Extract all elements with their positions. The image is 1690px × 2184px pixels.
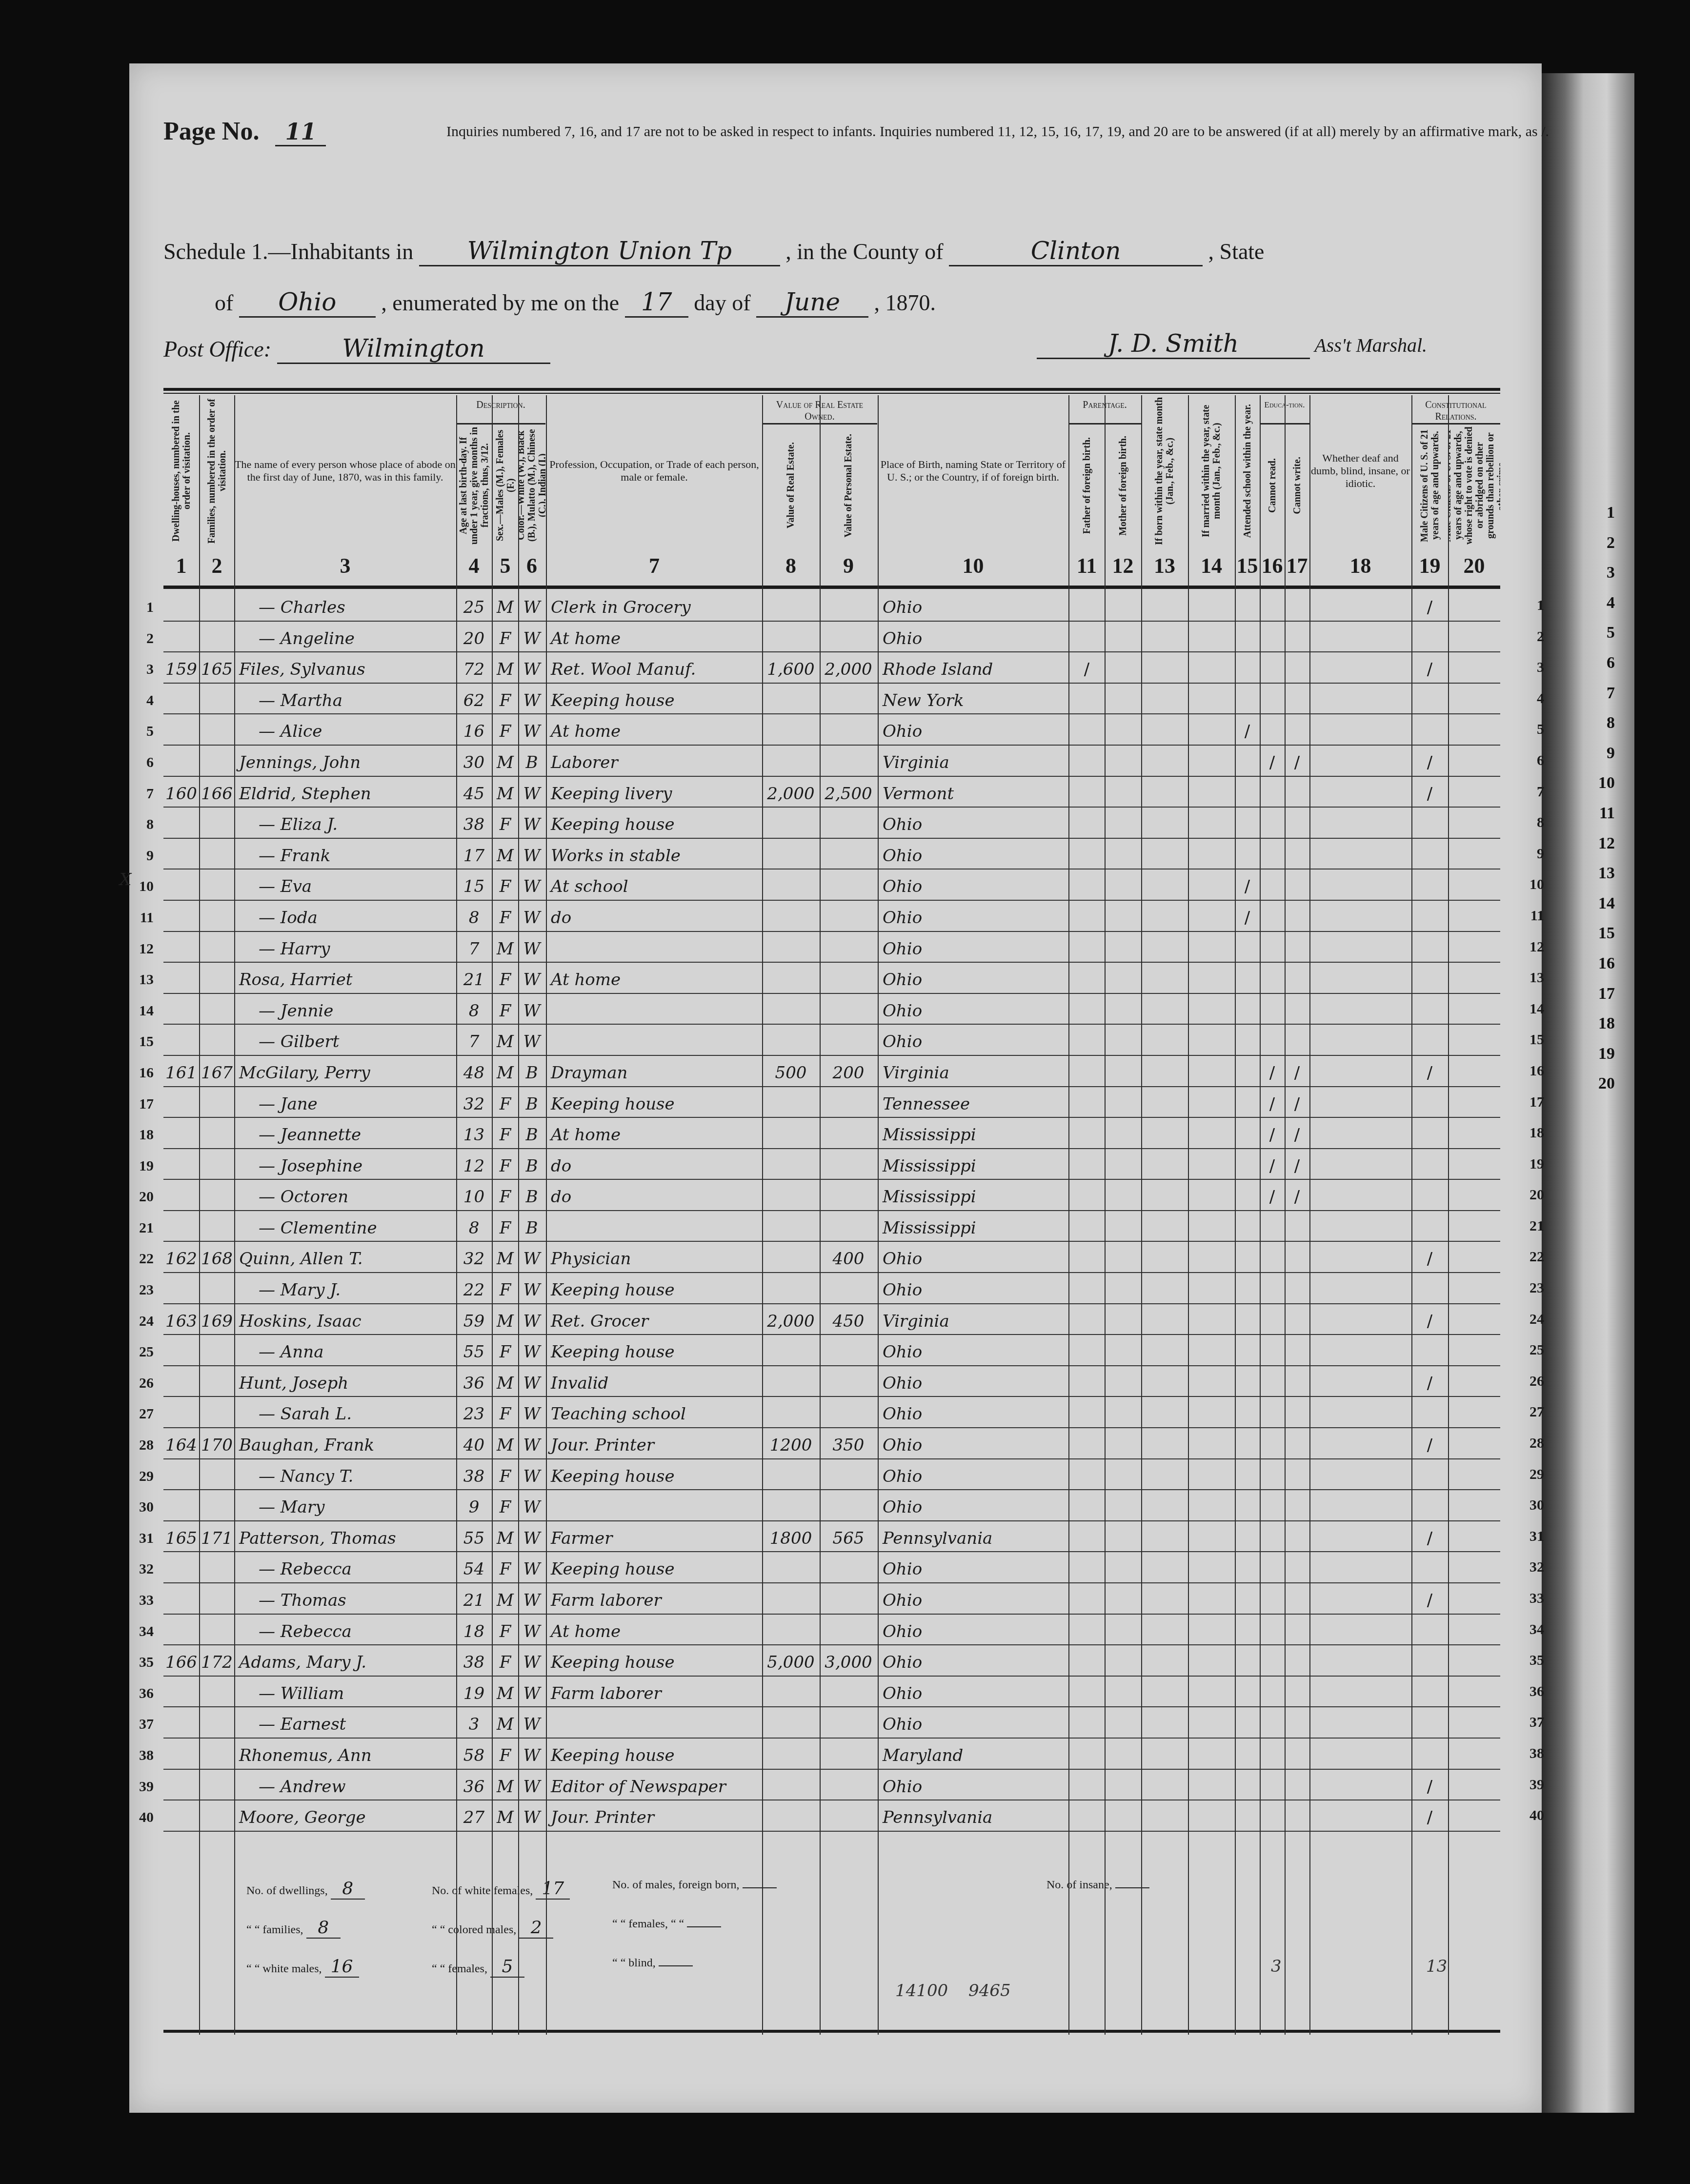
cell-family: 167	[199, 1056, 235, 1086]
cell-real-estate	[762, 1800, 820, 1831]
cell-name: — Rebecca	[239, 1552, 476, 1582]
cell-real-estate: 5,000	[762, 1645, 820, 1676]
cell-sex: F	[492, 1552, 519, 1582]
cell-color: W	[518, 1645, 545, 1676]
cell-personal-estate	[820, 1180, 877, 1210]
table-row: 3838Rhonemus, Ann58FWKeeping houseMaryla…	[163, 1739, 1500, 1770]
line-number-right: 9	[1515, 839, 1544, 869]
cell-family	[199, 1800, 235, 1831]
line-number: 9	[129, 839, 154, 869]
marshal-signature: J. D. Smith Ass't Marshal.	[1037, 329, 1427, 359]
cell-c11	[1068, 1242, 1105, 1272]
line-number-right: 8	[1515, 808, 1544, 838]
cell-c17	[1285, 839, 1309, 869]
cell-color: W	[518, 1397, 545, 1427]
adjacent-line-number: 13	[1556, 858, 1615, 889]
line-number: 1	[129, 590, 154, 621]
cell-sex: F	[492, 994, 519, 1024]
cell-birthplace: Ohio	[883, 1490, 1068, 1520]
cell-color: B	[518, 1056, 545, 1086]
column-header-12: Mother of foreign birth.	[1105, 425, 1141, 546]
cell-real-estate	[762, 994, 820, 1024]
line-number: 18	[129, 1118, 154, 1148]
cell-c15	[1235, 1521, 1260, 1552]
cell-real-estate: 2,000	[762, 1304, 820, 1335]
column-divider	[762, 395, 763, 2035]
post-office-field: Wilmington	[277, 334, 550, 364]
adjacent-line-number: 15	[1556, 918, 1615, 949]
cell-birthplace: Ohio	[883, 1770, 1068, 1800]
line-number: 6	[129, 746, 154, 776]
cell-c17: /	[1285, 746, 1309, 776]
cell-birthplace: Ohio	[883, 932, 1068, 962]
cell-c16	[1260, 1273, 1285, 1303]
line-number: 21	[129, 1211, 154, 1241]
cell-sex: F	[492, 1490, 519, 1520]
cell-dwelling	[163, 746, 199, 776]
cell-c17: /	[1285, 1087, 1309, 1117]
cell-birthplace: Tennessee	[883, 1087, 1068, 1117]
cell-name: — Clementine	[239, 1211, 476, 1241]
cell-dwelling	[163, 1273, 199, 1303]
adjacent-line-number: 19	[1556, 1039, 1615, 1069]
cell-occupation: Keeping house	[551, 1552, 763, 1582]
cell-color: B	[518, 1149, 545, 1179]
cell-real-estate	[762, 1087, 820, 1117]
cell-c19	[1411, 901, 1448, 931]
cell-occupation: Invalid	[551, 1366, 763, 1396]
cell-c17	[1285, 1273, 1309, 1303]
cell-c15	[1235, 1366, 1260, 1396]
cell-sex: F	[492, 1645, 519, 1676]
cell-occupation: Farmer	[551, 1521, 763, 1552]
line-number-right: 15	[1515, 1025, 1544, 1055]
cell-birthplace: Ohio	[883, 1025, 1068, 1055]
total-personal-estate: 9465	[968, 1981, 1011, 2001]
cell-color: W	[518, 808, 545, 838]
adjacent-line-number: 9	[1556, 738, 1615, 768]
cell-c19	[1411, 1211, 1448, 1241]
column-header-13: If born within the year, state month (Ja…	[1141, 395, 1188, 546]
line-number-right: 20	[1515, 1180, 1544, 1210]
cell-c16	[1260, 839, 1285, 869]
table-row: 2828164170Baughan, Frank40MWJour. Printe…	[163, 1428, 1500, 1459]
cell-color: W	[518, 1273, 545, 1303]
cell-c17	[1285, 1677, 1309, 1707]
cell-color: W	[518, 714, 545, 745]
adjacent-line-number: 8	[1556, 708, 1615, 738]
column-header-15: Attended school within the year.	[1235, 395, 1260, 546]
cell-dwelling	[163, 1707, 199, 1738]
cell-color: W	[518, 1025, 545, 1055]
cell-family: 170	[199, 1428, 235, 1458]
cell-c17: /	[1285, 1180, 1309, 1210]
table-row: 4040Moore, George27MWJour. PrinterPennsy…	[163, 1800, 1500, 1832]
line-number-right: 40	[1515, 1800, 1544, 1831]
cell-birthplace: Mississippi	[883, 1180, 1068, 1210]
column-header-1: Dwelling-houses, numbered in the order o…	[163, 395, 199, 546]
table-row: 1010— Eva15FWAt schoolOhio/	[163, 870, 1500, 901]
county-field: Clinton	[949, 237, 1203, 266]
cell-dwelling	[163, 1583, 199, 1614]
cell-personal-estate	[820, 1615, 877, 1645]
cell-name: — Alice	[239, 714, 476, 745]
cell-name: — Martha	[239, 684, 476, 714]
cell-name: Adams, Mary J.	[239, 1645, 456, 1676]
cell-real-estate	[762, 1118, 820, 1148]
line-number-right: 24	[1515, 1304, 1544, 1335]
cell-family	[199, 746, 235, 776]
cell-c19	[1411, 622, 1448, 652]
cell-family: 166	[199, 777, 235, 807]
cell-c15	[1235, 1335, 1260, 1365]
cell-family	[199, 1397, 235, 1427]
cell-occupation	[551, 932, 763, 962]
cell-family	[199, 1459, 235, 1490]
cell-color: W	[518, 1677, 545, 1707]
cell-name: — Andrew	[239, 1770, 476, 1800]
cell-birthplace: Ohio	[883, 963, 1068, 993]
cell-color: W	[518, 684, 545, 714]
cell-family	[199, 1707, 235, 1738]
cell-name: — Angeline	[239, 622, 476, 652]
cell-dwelling	[163, 1397, 199, 1427]
cell-c19	[1411, 1118, 1448, 1148]
line-number-right: 17	[1515, 1087, 1544, 1117]
column-header-9: Value of Personal Estate.	[820, 425, 877, 546]
cell-dwelling	[163, 932, 199, 962]
cell-c15	[1235, 1459, 1260, 1490]
cell-personal-estate	[820, 901, 877, 931]
cell-personal-estate	[820, 994, 877, 1024]
column-header-16: Cannot read.	[1260, 425, 1285, 546]
cell-c19	[1411, 1552, 1448, 1582]
cell-real-estate	[762, 1677, 820, 1707]
group-description: Description.	[456, 395, 545, 425]
cell-c19	[1411, 1707, 1448, 1738]
cell-name: — Sarah L.	[239, 1397, 476, 1427]
cell-c19	[1411, 1335, 1448, 1365]
cell-c15	[1235, 1211, 1260, 1241]
cell-real-estate	[762, 1211, 820, 1241]
cell-dwelling: 161	[163, 1056, 199, 1086]
table-row: 3131165171Patterson, Thomas55MWFarmer180…	[163, 1521, 1500, 1553]
line-number: 7	[129, 777, 154, 807]
cell-c16	[1260, 1552, 1285, 1582]
cell-c11	[1068, 1552, 1105, 1582]
column-divider	[1235, 395, 1236, 2035]
cell-birthplace: Vermont	[883, 777, 1068, 807]
cell-sex: F	[492, 622, 519, 652]
cell-occupation: At school	[551, 870, 763, 900]
foreign-females-count: “ “ females, “ “	[612, 1918, 721, 1931]
line-number: 30	[129, 1490, 154, 1520]
cell-c16	[1260, 622, 1285, 652]
cell-real-estate	[762, 1583, 820, 1614]
cell-c15	[1235, 1087, 1260, 1117]
cell-family	[199, 1677, 235, 1707]
inquiries-note: Inquiries numbered 7, 16, and 17 are not…	[412, 122, 1583, 142]
cell-c16: /	[1260, 1056, 1285, 1086]
cell-occupation	[551, 1707, 763, 1738]
line-number: 20	[129, 1180, 154, 1210]
cell-real-estate: 2,000	[762, 777, 820, 807]
cell-c17	[1285, 1490, 1309, 1520]
cell-c16	[1260, 777, 1285, 807]
cell-c15: /	[1235, 714, 1260, 745]
cell-name: — Eliza J.	[239, 808, 476, 838]
column-header-4: Age at last birth-day. If under 1 year, …	[456, 425, 492, 546]
cell-personal-estate	[820, 808, 877, 838]
cell-dwelling	[163, 1739, 199, 1769]
cell-real-estate	[762, 870, 820, 900]
column-number-6: 6	[518, 546, 545, 586]
column-number-8: 8	[762, 546, 820, 586]
cell-c11	[1068, 963, 1105, 993]
cell-color: W	[518, 1366, 545, 1396]
cell-c16	[1260, 808, 1285, 838]
cell-family	[199, 1583, 235, 1614]
table-row: 2929— Nancy T.38FWKeeping houseOhio	[163, 1459, 1500, 1491]
column-divider	[1105, 395, 1106, 2035]
cell-name: Rosa, Harriet	[239, 963, 456, 993]
cell-real-estate	[762, 1397, 820, 1427]
cell-c15	[1235, 1645, 1260, 1676]
line-number-right: 36	[1515, 1677, 1544, 1707]
cell-c11	[1068, 1428, 1105, 1458]
table-row: 33159165Files, Sylvanus72MWRet. Wool Man…	[163, 652, 1500, 684]
cell-personal-estate	[820, 1087, 877, 1117]
cell-c16	[1260, 1335, 1285, 1365]
line-number-right: 12	[1515, 932, 1544, 962]
cell-name: Quinn, Allen T.	[239, 1242, 456, 1272]
cell-family	[199, 684, 235, 714]
cell-c15	[1235, 1242, 1260, 1272]
cell-c17: /	[1285, 1056, 1309, 1086]
cell-c15	[1235, 1583, 1260, 1614]
column-header-19: Male Citizens of U. S. of 21 years of ag…	[1411, 425, 1448, 546]
table-row: 3737— Earnest3MWOhio	[163, 1707, 1500, 1739]
cell-age: 32	[456, 1087, 492, 1117]
cell-name: — Harry	[239, 932, 476, 962]
cell-real-estate: 1,600	[762, 652, 820, 683]
cell-age: 45	[456, 777, 492, 807]
cell-dwelling	[163, 1677, 199, 1707]
cell-age: 36	[456, 1366, 492, 1396]
cell-real-estate	[762, 684, 820, 714]
cell-occupation: At home	[551, 622, 763, 652]
cell-age: 55	[456, 1521, 492, 1552]
cell-c15	[1235, 652, 1260, 683]
column-divider	[546, 395, 547, 2035]
cell-sex: M	[492, 1770, 519, 1800]
cell-color: W	[518, 1800, 545, 1831]
cell-color: W	[518, 1707, 545, 1738]
cell-c17	[1285, 684, 1309, 714]
cell-family	[199, 1615, 235, 1645]
cell-c17	[1285, 1366, 1309, 1396]
cell-c17	[1285, 1397, 1309, 1427]
cell-real-estate	[762, 746, 820, 776]
cell-dwelling: 160	[163, 777, 199, 807]
cell-c16	[1260, 901, 1285, 931]
table-row: 22— Angeline20FWAt homeOhio	[163, 622, 1500, 653]
line-number-right: 30	[1515, 1490, 1544, 1520]
cell-color: W	[518, 1583, 545, 1614]
cell-birthplace: Ohio	[883, 1677, 1068, 1707]
line-number: 2	[129, 622, 154, 652]
cell-c11	[1068, 590, 1105, 621]
cell-color: W	[518, 1335, 545, 1365]
cell-c16	[1260, 1677, 1285, 1707]
cell-personal-estate: 2,500	[820, 777, 877, 807]
cell-dwelling: 164	[163, 1428, 199, 1458]
table-row: 2323— Mary J.22FWKeeping houseOhio	[163, 1273, 1500, 1304]
cell-c16	[1260, 1645, 1285, 1676]
cell-c16: /	[1260, 1180, 1285, 1210]
cell-real-estate	[762, 714, 820, 745]
cell-sex: M	[492, 1583, 519, 1614]
cell-birthplace: Ohio	[883, 1552, 1068, 1582]
cell-occupation: Ret. Wool Manuf.	[551, 652, 763, 683]
insane-count: No. of insane,	[1046, 1879, 1149, 1892]
cell-family	[199, 963, 235, 993]
line-number-right: 4	[1515, 684, 1544, 714]
cell-color: W	[518, 622, 545, 652]
cell-occupation: do	[551, 1149, 763, 1179]
cell-color: W	[518, 652, 545, 683]
cell-dwelling	[163, 714, 199, 745]
cell-c11	[1068, 684, 1105, 714]
cell-sex: M	[492, 1056, 519, 1086]
cell-personal-estate	[820, 1366, 877, 1396]
cell-age: 25	[456, 590, 492, 621]
column-header-3: The name of every person whose place of …	[234, 395, 456, 546]
cell-sex: F	[492, 1335, 519, 1365]
cell-sex: F	[492, 1739, 519, 1769]
cell-c19: /	[1411, 746, 1448, 776]
month-field: June	[756, 288, 868, 318]
cell-dwelling	[163, 1770, 199, 1800]
cell-c15	[1235, 1149, 1260, 1179]
post-office-line: Post Office: Wilmington	[163, 334, 550, 364]
cell-c19	[1411, 932, 1448, 962]
cell-sex: F	[492, 684, 519, 714]
column-number-19: 19	[1411, 546, 1448, 586]
column-divider	[1411, 395, 1412, 2035]
cell-real-estate	[762, 1242, 820, 1272]
cell-c16	[1260, 1304, 1285, 1335]
column-header-5: Sex.—Males (M.), Females (F.)	[492, 425, 519, 546]
table-row: 3535166172Adams, Mary J.38FWKeeping hous…	[163, 1645, 1500, 1677]
dwellings-count: No. of dwellings, 8	[246, 1879, 365, 1900]
column-divider	[199, 395, 200, 2035]
table-row: 1212— Harry7MWOhio	[163, 932, 1500, 963]
colored-females-count: “ “ females, 5	[432, 1957, 524, 1978]
cell-dwelling	[163, 1149, 199, 1179]
cell-c17	[1285, 1335, 1309, 1365]
column-number-12: 12	[1105, 546, 1141, 586]
cell-c11	[1068, 808, 1105, 838]
cell-age: 22	[456, 1273, 492, 1303]
table-row: 1515— Gilbert7MWOhio	[163, 1025, 1500, 1056]
cell-family	[199, 590, 235, 621]
cell-personal-estate	[820, 1149, 877, 1179]
cell-family	[199, 994, 235, 1024]
cell-age: 38	[456, 808, 492, 838]
cell-name: — Thomas	[239, 1583, 476, 1614]
cell-c19: /	[1411, 1056, 1448, 1086]
cell-c16: /	[1260, 746, 1285, 776]
line-number: 27	[129, 1397, 154, 1427]
cell-personal-estate	[820, 1552, 877, 1582]
cell-sex: M	[492, 1242, 519, 1272]
cell-real-estate	[762, 808, 820, 838]
cell-occupation: Farm laborer	[551, 1583, 763, 1614]
cell-c15	[1235, 590, 1260, 621]
column-number-9: 9	[820, 546, 877, 586]
column-divider	[1188, 395, 1189, 2035]
cell-name: — Frank	[239, 839, 476, 869]
cell-family	[199, 1087, 235, 1117]
cell-color: W	[518, 1459, 545, 1490]
cell-color: W	[518, 1242, 545, 1272]
table-row: 1313Rosa, Harriet21FWAt homeOhio	[163, 963, 1500, 994]
cell-c11: /	[1068, 652, 1105, 683]
cell-age: 12	[456, 1149, 492, 1179]
column-divider	[820, 395, 821, 2035]
column-header-2: Families, numbered in the order of visit…	[199, 395, 235, 546]
cell-c11	[1068, 746, 1105, 776]
table-row: 1717— Jane32FBKeeping houseTennessee//	[163, 1087, 1500, 1118]
cell-family	[199, 1552, 235, 1582]
cell-birthplace: Ohio	[883, 1459, 1068, 1490]
line-number-right: 23	[1515, 1273, 1544, 1303]
cell-c16	[1260, 1397, 1285, 1427]
cell-c17	[1285, 808, 1309, 838]
cell-occupation: At home	[551, 714, 763, 745]
cell-dwelling: 166	[163, 1645, 199, 1676]
cell-c17	[1285, 901, 1309, 931]
cell-c11	[1068, 1770, 1105, 1800]
cell-dwelling	[163, 1490, 199, 1520]
cell-occupation: do	[551, 901, 763, 931]
cell-birthplace: Ohio	[883, 1645, 1068, 1676]
cell-family	[199, 932, 235, 962]
cell-sex: M	[492, 839, 519, 869]
column-header-10: Place of Birth, naming State or Territor…	[878, 395, 1068, 546]
cell-personal-estate	[820, 1118, 877, 1148]
cell-personal-estate: 2,000	[820, 652, 877, 683]
cell-name: — Charles	[239, 590, 476, 621]
cell-name: Eldrid, Stephen	[239, 777, 456, 807]
cell-age: 40	[456, 1428, 492, 1458]
cell-sex: M	[492, 1521, 519, 1552]
state-field: Ohio	[239, 288, 376, 318]
cell-personal-estate	[820, 1335, 877, 1365]
cell-family: 168	[199, 1242, 235, 1272]
column-number-13: 13	[1141, 546, 1188, 586]
cell-sex: M	[492, 1800, 519, 1831]
cell-occupation: Keeping house	[551, 1645, 763, 1676]
cell-color: W	[518, 870, 545, 900]
cell-sex: F	[492, 1615, 519, 1645]
cell-age: 62	[456, 684, 492, 714]
line-number-right: 2	[1515, 622, 1544, 652]
cell-sex: F	[492, 1273, 519, 1303]
cell-c16	[1260, 1428, 1285, 1458]
cell-c19	[1411, 684, 1448, 714]
